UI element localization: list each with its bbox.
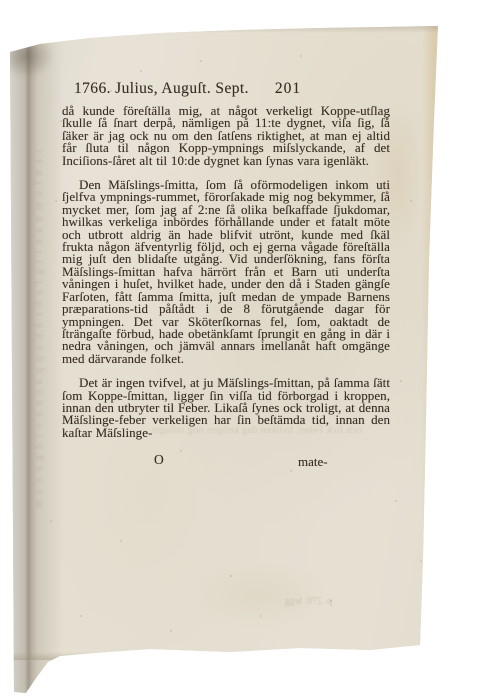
page-number: 201 (275, 80, 301, 98)
bottom-page-edge (10, 640, 430, 660)
gathering-signature-mark: O (154, 452, 164, 468)
top-left-corner-shadow (8, 38, 54, 78)
running-head: 1766. Julius, Auguſt. Sept. 201 (62, 80, 390, 98)
paper-speckles (0, 0, 2, 2)
paragraph-no-doubt: Det är ingen tvifvel, at ju Mäſslings-ſm… (62, 377, 390, 439)
top-page-edge (10, 24, 440, 38)
running-head-date: 1766. Julius, Auguſt. Sept. (74, 80, 249, 98)
book-page: t e d ſ o m h a n l i g f e b r å k o p … (0, 0, 486, 700)
catchword: mate- (298, 454, 328, 470)
book-photograph: t e d ſ o m h a n l i g f e b r å k o p … (0, 0, 486, 700)
paragraph-measles-infection: Den Mäſslings-ſmitta, ſom ſå oförmodelig… (62, 179, 390, 365)
paragraph-continuation: då kunde föreſtälla mig, at något verkel… (62, 105, 390, 167)
spine-crease (27, 40, 31, 690)
spine-fold-shading (0, 0, 70, 700)
signature-line: O mate- (62, 451, 390, 469)
text-block: 1766. Julius, Auguſt. Sept. 201 då kunde… (62, 80, 390, 469)
paper-stain (190, 560, 330, 630)
